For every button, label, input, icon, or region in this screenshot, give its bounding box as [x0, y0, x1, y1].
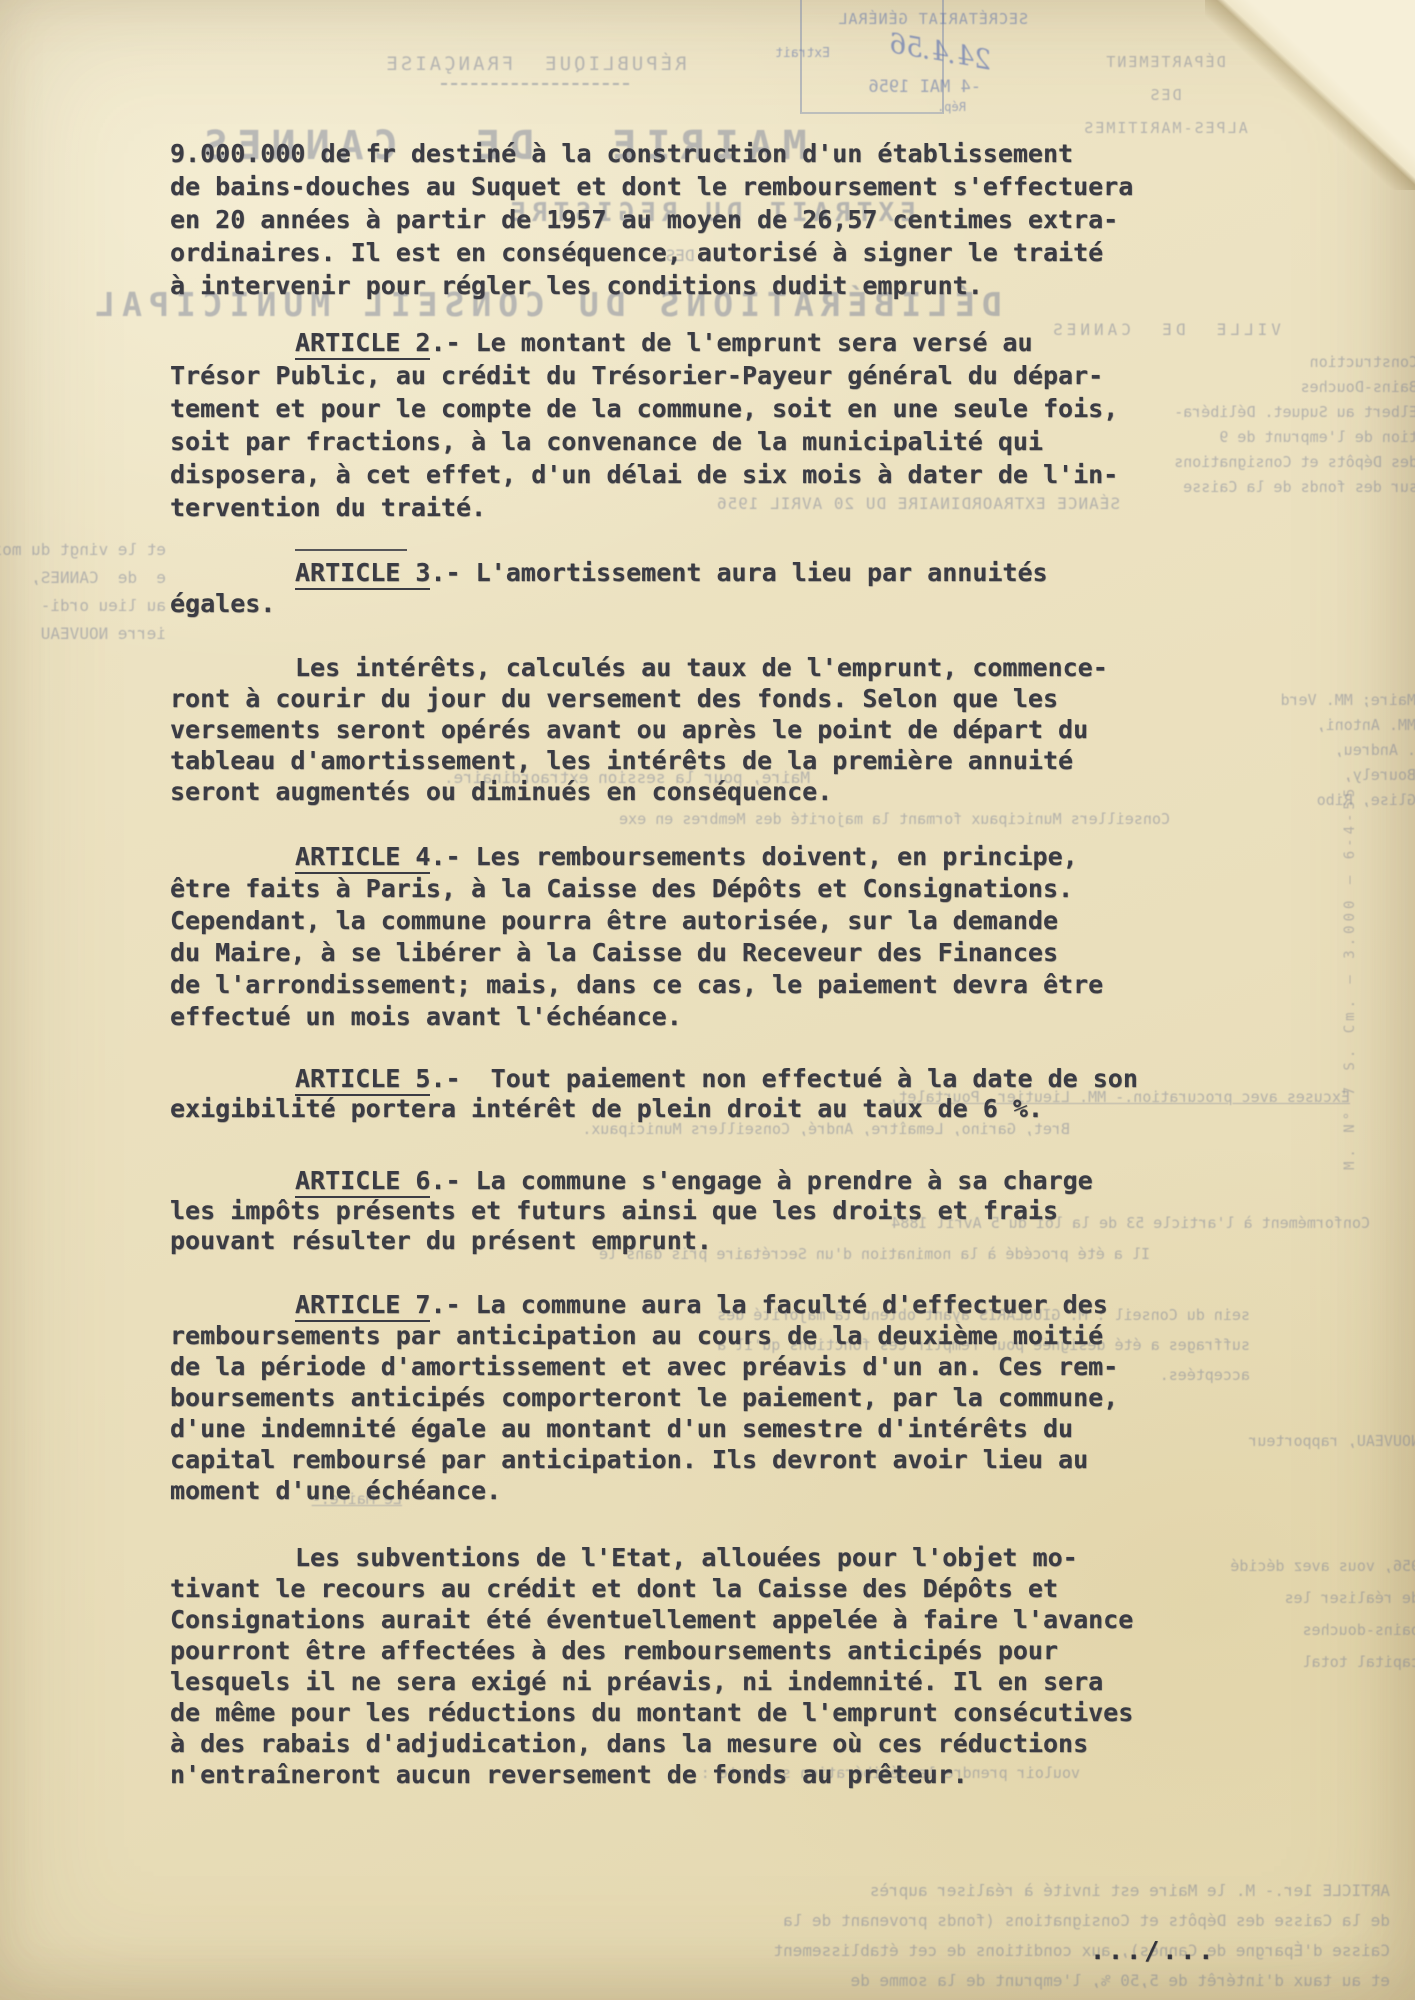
bleed-repu-label: Rép. — [886, 98, 966, 116]
bleed-line: tion de l'emprunt de 9 — [1162, 425, 1415, 450]
paragraph-article-7: ARTICLE 7.- La commune aura la faculté d… — [170, 1289, 1170, 1506]
paragraph-subventions: Les subventions de l'Etat, allouées pour… — [170, 1542, 1170, 1790]
bleed-republique-francaise: RÉPUBLIQUE FRANÇAISE — [330, 50, 740, 85]
section-divider-line — [295, 549, 407, 551]
text-line: égales. — [170, 588, 1170, 619]
text-line: tableau d'amortissement, les intérêts de… — [170, 745, 1170, 776]
text-line: de la période d'amortissement et avec pr… — [170, 1351, 1170, 1382]
text-line: ordinaires. Il est en conséquence, autor… — [170, 236, 1170, 269]
text-line: seront augmentés ou diminués en conséque… — [170, 776, 1170, 807]
text-line: tervention du traité. — [170, 491, 1170, 524]
bleed-line: RÉPUBLIQUE FRANÇAISE — [330, 50, 740, 79]
bleed-line: ierre NOUVEAU — [0, 620, 166, 648]
bleed-line: Elbert au Suquet. Délibéra- — [1162, 400, 1415, 425]
text-line: en 20 années à partir de 1957 au moyen d… — [170, 203, 1170, 236]
bleed-line: Construction — [1162, 350, 1415, 375]
bleed-members-line: Conseillers Municipaux formant la majori… — [180, 808, 1170, 831]
text-line: ARTICLE 3.- L'amortissement aura lieu pa… — [170, 557, 1170, 588]
text-line: Les intérêts, calculés au taux de l'empr… — [170, 652, 1170, 683]
text-line: ARTICLE 7.- La commune aura la faculté d… — [170, 1289, 1170, 1320]
bleed-departement: DÉPARTEMENTDESALPES-MARITIMES — [1010, 46, 1320, 145]
text-line: de même pour les réductions du montant d… — [170, 1697, 1170, 1728]
bleed-line: et au taux d'intérêt de 5,50 %, l'emprun… — [30, 1966, 1390, 1996]
bleed-line: et le vingt du mois — [0, 536, 166, 564]
text-line: de bains-douches au Suquet et dont le re… — [170, 170, 1170, 203]
text-line: versements seront opérés avant ou après … — [170, 714, 1170, 745]
bleed-extrait-label: Extrait — [740, 44, 830, 64]
text-line: ARTICLE 4.- Les remboursements doivent, … — [170, 841, 1170, 873]
text-line: tivant le recours au crédit et dont la C… — [170, 1573, 1170, 1604]
text-line: à intervenir pour régler les conditions … — [170, 269, 1170, 302]
article-label: ARTICLE 3 — [295, 558, 430, 590]
bleed-line: DES — [1010, 79, 1320, 112]
text-line: être faits à Paris, à la Caisse des Dépô… — [170, 873, 1170, 905]
bleed-line: . Andreu, — [1160, 738, 1415, 763]
paragraph-article-3: ARTICLE 3.- L'amortissement aura lieu pa… — [170, 557, 1170, 619]
bleed-right-margin-notes: ConstructionBains-DouchesElbert au Suque… — [1162, 350, 1415, 500]
bleed-line: DÉPARTEMENT — [1010, 46, 1320, 79]
text-line: soit par fractions, à la convenance de l… — [170, 425, 1170, 458]
scanned-document-page: RÉPUBLIQUE FRANÇAISESECRÉTARIAT GÉNÉRALE… — [0, 0, 1415, 2000]
text-line: exigibilité portera intérêt de plein dro… — [170, 1094, 1170, 1124]
bleed-line: Bains-Douches — [1162, 375, 1415, 400]
bleed-line: e de CANNES, — [0, 564, 166, 592]
bleed-right-margin-names: Maire; MM. VerdMM. Antoni,. Andreu,Boure… — [1160, 688, 1415, 813]
text-line: Cependant, la commune pourra être autori… — [170, 905, 1170, 937]
bleed-line: Maire; MM. Verd — [1160, 688, 1415, 713]
bleed-left-margin-session: et le vingt du moise de CANNES,au lieu o… — [0, 536, 166, 648]
text-line: ARTICLE 5.- Tout paiement non effectué à… — [170, 1064, 1170, 1094]
text-line: pourront être affectées à des remboursem… — [170, 1635, 1170, 1666]
text-line: capital remboursé par anticipation. Ils … — [170, 1444, 1170, 1475]
text-line: tement et pour le compte de la commune, … — [170, 392, 1170, 425]
bleed-date-stamp: -4 MAI 1956 — [796, 74, 981, 100]
article-label: ARTICLE 5 — [295, 1064, 430, 1096]
text-line: remboursements par anticipation au cours… — [170, 1320, 1170, 1351]
text-line: d'une indemnité égale au montant d'un se… — [170, 1413, 1170, 1444]
text-line: du Maire, à se libérer à la Caisse du Re… — [170, 937, 1170, 969]
text-line: 9.000.000 de fr destiné à la constructio… — [170, 137, 1170, 170]
printer-imprint: M. N° 7 S. Cm. — 3.000 — 6-4-55 — [1342, 550, 1358, 1170]
article-label: ARTICLE 4 — [295, 842, 430, 874]
text-line: moment d'une échéance. — [170, 1475, 1170, 1506]
paragraph-article-4: ARTICLE 4.- Les remboursements doivent, … — [170, 841, 1170, 1033]
bleed-line: Extrait — [740, 44, 830, 64]
text-line: Consignations aurait été éventuellement … — [170, 1604, 1170, 1635]
paragraph-intro: 9.000.000 de fr destiné à la constructio… — [170, 137, 1170, 302]
text-line: les impôts présents et futurs ainsi que … — [170, 1196, 1170, 1226]
article-label: ARTICLE 7 — [295, 1290, 430, 1322]
article-label: ARTICLE 2 — [295, 328, 430, 360]
text-line: Les subventions de l'Etat, allouées pour… — [170, 1542, 1170, 1573]
text-line: disposera, à cet effet, d'un délai de si… — [170, 458, 1170, 491]
paragraph-interets: Les intérêts, calculés au taux de l'empr… — [170, 652, 1170, 807]
text-line: boursements anticipés comporteront le pa… — [170, 1382, 1170, 1413]
bleed-line: -4 MAI 1956 — [796, 74, 981, 100]
text-line: ARTICLE 6.- La commune s'engage à prendr… — [170, 1166, 1170, 1196]
text-line: n'entraîneront aucun reversement de fond… — [170, 1759, 1170, 1790]
text-line: ARTICLE 2.- Le montant de l'emprunt sera… — [170, 326, 1170, 359]
text-line: ront à courir du jour du versement des f… — [170, 683, 1170, 714]
paragraph-article-5: ARTICLE 5.- Tout paiement non effectué à… — [170, 1064, 1170, 1124]
paragraph-article-6: ARTICLE 6.- La commune s'engage à prendr… — [170, 1166, 1170, 1256]
text-line: pouvant résulter du présent emprunt. — [170, 1226, 1170, 1256]
bleed-line: Glise, Ribo — [1160, 788, 1415, 813]
bleed-line: au lieu ordi- — [0, 592, 166, 620]
bleed-line: sur des fonds de la Caisse — [1162, 475, 1415, 500]
text-line: effectué un mois avant l'échéance. — [170, 1001, 1170, 1033]
bleed-line: ARTICLE 1er.- M. le Maire est invité à r… — [30, 1876, 1390, 1906]
bleed-line: Conseillers Municipaux formant la majori… — [180, 808, 1170, 831]
bleed-line: Bourely, — [1160, 763, 1415, 788]
bleed-line: MM. Antoni, — [1160, 713, 1415, 738]
paragraph-article-2: ARTICLE 2.- Le montant de l'emprunt sera… — [170, 326, 1170, 524]
bleed-line: de la Caisse des Dépôts et Consignations… — [30, 1906, 1390, 1936]
text-line: Trésor Public, au crédit du Trésorier-Pa… — [170, 359, 1170, 392]
text-line: lesquels il ne sera exigé ni préavis, ni… — [170, 1666, 1170, 1697]
text-line: à des rabais d'adjudication, dans la mes… — [170, 1728, 1170, 1759]
bleed-line: des Dépôts et Consignations — [1162, 450, 1415, 475]
continuation-mark: .../... — [1090, 1936, 1216, 1965]
bleed-line: Rép. — [886, 98, 966, 116]
article-label: ARTICLE 6 — [295, 1166, 430, 1198]
text-line: de l'arrondissement; mais, dans ce cas, … — [170, 969, 1170, 1001]
